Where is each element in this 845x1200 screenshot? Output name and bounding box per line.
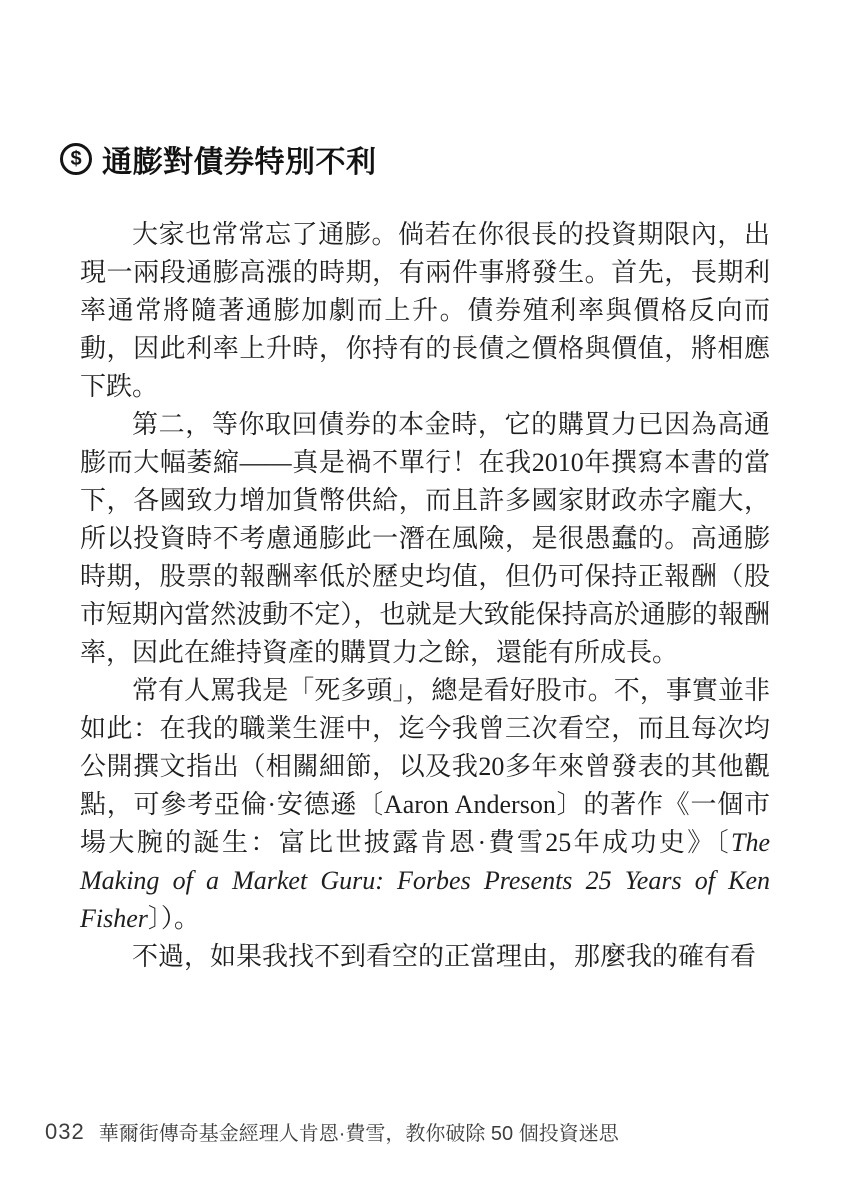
- book-page: $ 通膨對債券特別不利 大家也常常忘了通膨。倘若在你很長的投資期限內，出現一兩段…: [0, 0, 845, 1200]
- paragraph: 第二，等你取回債券的本金時，它的購買力已因為高通膨而大幅萎縮——真是禍不單行！在…: [80, 406, 770, 672]
- section-heading: $ 通膨對債券特別不利: [60, 137, 377, 181]
- running-book-title: 華爾街傳奇基金經理人肯恩·費雪，教你破除 50 個投資迷思: [99, 1117, 619, 1146]
- paragraph: 不過，如果我找不到看空的正當理由，那麼我的確有看: [80, 938, 770, 976]
- page-footer: 032 華爾街傳奇基金經理人肯恩·費雪，教你破除 50 個投資迷思: [45, 1117, 619, 1146]
- paragraph: 常有人罵我是「死多頭」，總是看好股市。不，事實並非如此：在我的職業生涯中，迄今我…: [80, 672, 770, 938]
- text-run: 第二，等你取回債券的本金時，它的購買力已因為高通膨而大幅萎縮——真是禍不單行！在…: [80, 410, 770, 667]
- text-run: 常有人罵我是「死多頭」，總是看好股市。不，事實並非如此：在我的職業生涯中，迄今我…: [80, 676, 770, 857]
- page-number: 032: [45, 1119, 85, 1145]
- dollar-circle-icon: $: [60, 143, 92, 175]
- text-run: 〕）。: [148, 904, 200, 933]
- paragraph: 大家也常常忘了通膨。倘若在你很長的投資期限內，出現一兩段通膨高漲的時期，有兩件事…: [80, 216, 770, 406]
- section-title: 通膨對債券特別不利: [102, 137, 377, 181]
- body-text-block: 大家也常常忘了通膨。倘若在你很長的投資期限內，出現一兩段通膨高漲的時期，有兩件事…: [80, 216, 770, 976]
- text-run: 不過，如果我找不到看空的正當理由，那麼我的確有看: [132, 942, 756, 971]
- text-run: 大家也常常忘了通膨。倘若在你很長的投資期限內，出現一兩段通膨高漲的時期，有兩件事…: [80, 220, 770, 401]
